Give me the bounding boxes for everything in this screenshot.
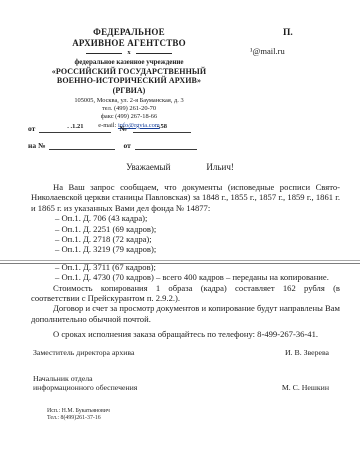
letter-page: ФЕДЕРАЛЬНОЕ АРХИВНОЕ АГЕНТСТВО х федерал… (0, 0, 360, 475)
org-phone: тел. (499) 261-20-70 (28, 105, 230, 112)
institution-type: федеральное казенное учреждение (28, 58, 230, 67)
signature-row-deputy-director: Заместитель директора архива И. В. Звере… (33, 348, 329, 358)
greeting-patronymic: Ильич! (206, 162, 233, 172)
signature-name: И. В. Зверева (285, 348, 329, 358)
scan-stitch-line (0, 260, 360, 264)
body-paragraph-phone: О сроках исполнения заказа обращайтесь п… (31, 329, 340, 339)
outgoing-number-value: -.58 (133, 123, 191, 133)
executor-name: Исп.: Н.М. Букатьянович (47, 408, 110, 415)
incoming-date-blank (135, 140, 197, 150)
org-name-line2: ВОЕННО-ИСТОРИЧЕСКИЙ АРХИВ» (28, 76, 230, 86)
reference-block: от . .1.21 № -.58 на № от (28, 123, 240, 157)
letterhead-divider: х (28, 50, 230, 56)
letterhead: ФЕДЕРАЛЬНОЕ АРХИВНОЕ АГЕНТСТВО х федерал… (28, 27, 230, 129)
case-list-item: – Оп.1. Д. 2718 (72 кадра); (31, 234, 340, 244)
case-list-item: – Оп.1. Д. 4730 (70 кадров) – всего 400 … (31, 272, 340, 282)
signature-title: Начальник отдела информационного обеспеч… (33, 374, 137, 393)
incoming-date-label: от (115, 141, 130, 150)
executor-phone: Тел.: 8(499)261-37-16 (47, 415, 110, 422)
divider-mark: х (122, 50, 135, 56)
greeting-word: Уважаемый (126, 162, 170, 172)
agency-name-line1: ФЕДЕРАЛЬНОЕ (28, 27, 230, 38)
org-fax: факс (499) 267-18-66 (28, 113, 230, 120)
outgoing-date-value: . .1.21 (39, 123, 111, 133)
org-address: 105005, Москва, ул. 2-я Бауманская, д. 3 (28, 97, 230, 104)
body-paragraph-intro: На Ваш запрос сообщаем, что документы (и… (31, 182, 340, 213)
incoming-number-label: на № (28, 141, 49, 150)
divider-rule-left (86, 53, 122, 54)
greeting-line: УважаемыйИльич! (0, 162, 360, 172)
outgoing-reference-row: от . .1.21 № -.58 (28, 123, 240, 133)
case-list-item: – Оп.1. Д. 2251 (69 кадров); (31, 224, 340, 234)
case-list-item: – Оп.1. Д. 3219 (79 кадров); (31, 244, 340, 254)
signature-title: Заместитель директора архива (33, 348, 134, 358)
body-paragraph-cost: Стоимость копирования 1 образа (кадра) с… (31, 283, 340, 304)
incoming-reference-row: на № от (28, 140, 240, 150)
addressee-initial: П. (283, 28, 350, 38)
divider-rule-right (136, 53, 172, 54)
signature-name: М. С. Нешкин (282, 383, 329, 393)
outgoing-date-label: от (28, 124, 39, 133)
addressee-email: ¹@mail.ru (250, 46, 350, 56)
signature-block: Заместитель директора архива И. В. Звере… (33, 348, 329, 393)
incoming-number-blank (49, 140, 115, 150)
case-list-item: – Оп.1. Д. 706 (43 кадра); (31, 213, 340, 223)
org-abbreviation: (РГВИА) (28, 86, 230, 96)
outgoing-number-label: № (111, 124, 127, 133)
addressee-block: П. ¹@mail.ru (250, 28, 350, 56)
executor-note: Исп.: Н.М. Букатьянович Тел.: 8(499)261-… (47, 408, 110, 422)
body-paragraph-contract: Договор и счет за просмотр документов и … (31, 303, 340, 324)
signature-row-department-head: Начальник отдела информационного обеспеч… (33, 374, 329, 393)
agency-name-line2: АРХИВНОЕ АГЕНТСТВО (28, 38, 230, 49)
org-name-line1: «РОССИЙСКИЙ ГОСУДАРСТВЕННЫЙ (28, 67, 230, 77)
